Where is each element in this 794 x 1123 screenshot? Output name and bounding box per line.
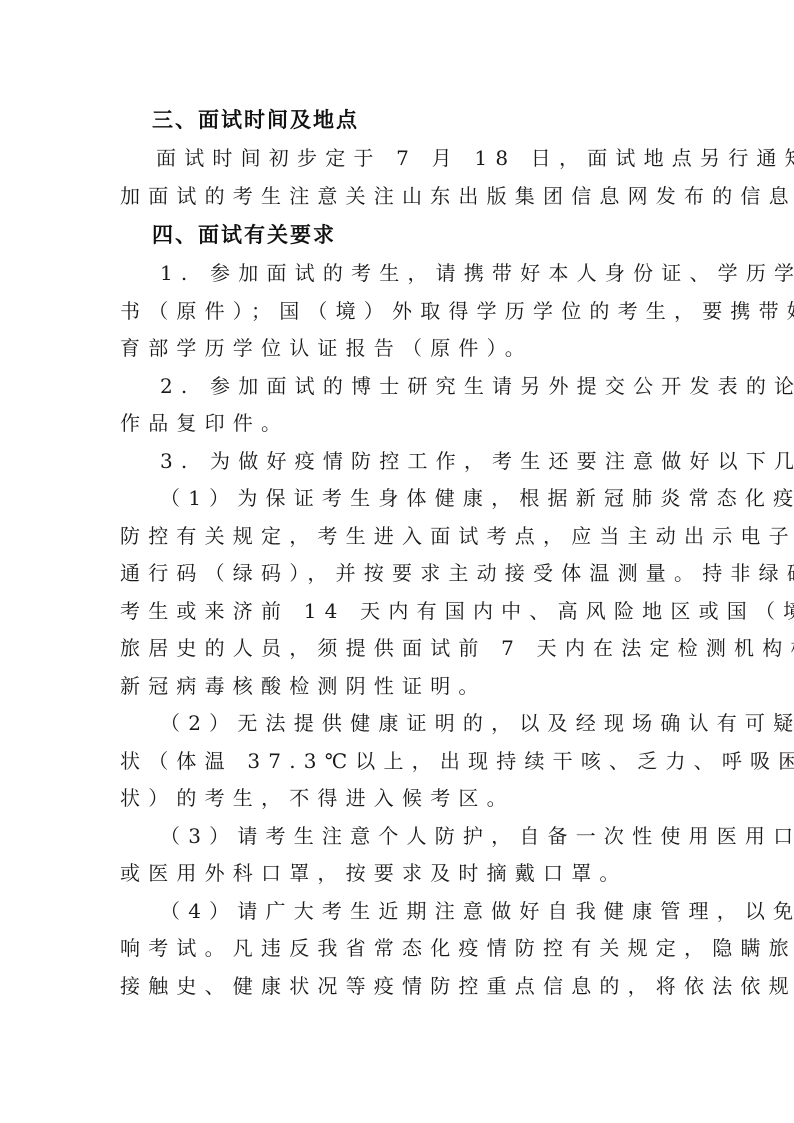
- paragraph-item-1: 1. 参加面试的考生，请携带好本人身份证、学历学位证 书（原件）；国（境）外取得…: [120, 255, 674, 368]
- text-line: 加面试的考生注意关注山东出版集团信息网发布的信息。: [120, 178, 674, 216]
- text-line: 响考试。凡违反我省常态化疫情防控有关规定，隐瞒旅居史、: [120, 930, 674, 968]
- text-line: （3）请考生注意个人防护，自备一次性使用医用口罩: [120, 818, 674, 856]
- text-line: （2）无法提供健康证明的，以及经现场确认有可疑症: [120, 705, 674, 743]
- text-line: 书（原件）；国（境）外取得学历学位的考生，要携带好教: [120, 293, 674, 331]
- text-line: 1. 参加面试的考生，请携带好本人身份证、学历学位证: [120, 255, 674, 293]
- text-line: 接触史、健康状况等疫情防控重点信息的，将依法依规追究: [120, 968, 674, 1006]
- text-line: 面试时间初步定于 7 月 18 日，面试地点另行通知，请参: [120, 140, 674, 178]
- paragraph-item-2: 2. 参加面试的博士研究生请另外提交公开发表的论文、 作品复印件。: [120, 368, 674, 443]
- section-heading-interview-time-location: 三、面试时间及地点: [120, 100, 674, 140]
- paragraph-interview-time: 面试时间初步定于 7 月 18 日，面试地点另行通知，请参 加面试的考生注意关注…: [120, 140, 674, 215]
- text-line: （1）为保证考生身体健康，根据新冠肺炎常态化疫情: [120, 480, 674, 518]
- document-page: 三、面试时间及地点 面试时间初步定于 7 月 18 日，面试地点另行通知，请参 …: [120, 100, 674, 1005]
- text-line: 防控有关规定，考生进入面试考点，应当主动出示电子健康: [120, 518, 674, 556]
- text-line: 作品复印件。: [120, 405, 674, 443]
- text-line: 旅居史的人员，须提供面试前 7 天内在法定检测机构检测后: [120, 630, 674, 668]
- text-line: 通行码（绿码），并按要求主动接受体温测量。持非绿码的: [120, 555, 674, 593]
- paragraph-subitem-2: （2）无法提供健康证明的，以及经现场确认有可疑症 状（体温 37.3℃以上，出现…: [120, 705, 674, 818]
- text-line: 状（体温 37.3℃以上，出现持续干咳、乏力、呼吸困难等症: [120, 743, 674, 781]
- paragraph-subitem-4: （4）请广大考生近期注意做好自我健康管理，以免影 响考试。凡违反我省常态化疫情防…: [120, 893, 674, 1006]
- section-heading-interview-requirements: 四、面试有关要求: [120, 215, 674, 255]
- paragraph-subitem-3: （3）请考生注意个人防护，自备一次性使用医用口罩 或医用外科口罩，按要求及时摘戴…: [120, 818, 674, 893]
- text-line: 3. 为做好疫情防控工作，考生还要注意做好以下几点：: [120, 443, 674, 481]
- text-line: 状）的考生，不得进入候考区。: [120, 780, 674, 818]
- text-line: 2. 参加面试的博士研究生请另外提交公开发表的论文、: [120, 368, 674, 406]
- paragraph-item-3: 3. 为做好疫情防控工作，考生还要注意做好以下几点：: [120, 443, 674, 481]
- text-line: 新冠病毒核酸检测阴性证明。: [120, 668, 674, 706]
- text-line: 育部学历学位认证报告（原件）。: [120, 330, 674, 368]
- paragraph-subitem-1: （1）为保证考生身体健康，根据新冠肺炎常态化疫情 防控有关规定，考生进入面试考点…: [120, 480, 674, 705]
- text-line: 考生或来济前 14 天内有国内中、高风险地区或国（境）外: [120, 593, 674, 631]
- text-line: （4）请广大考生近期注意做好自我健康管理，以免影: [120, 893, 674, 931]
- text-line: 或医用外科口罩，按要求及时摘戴口罩。: [120, 855, 674, 893]
